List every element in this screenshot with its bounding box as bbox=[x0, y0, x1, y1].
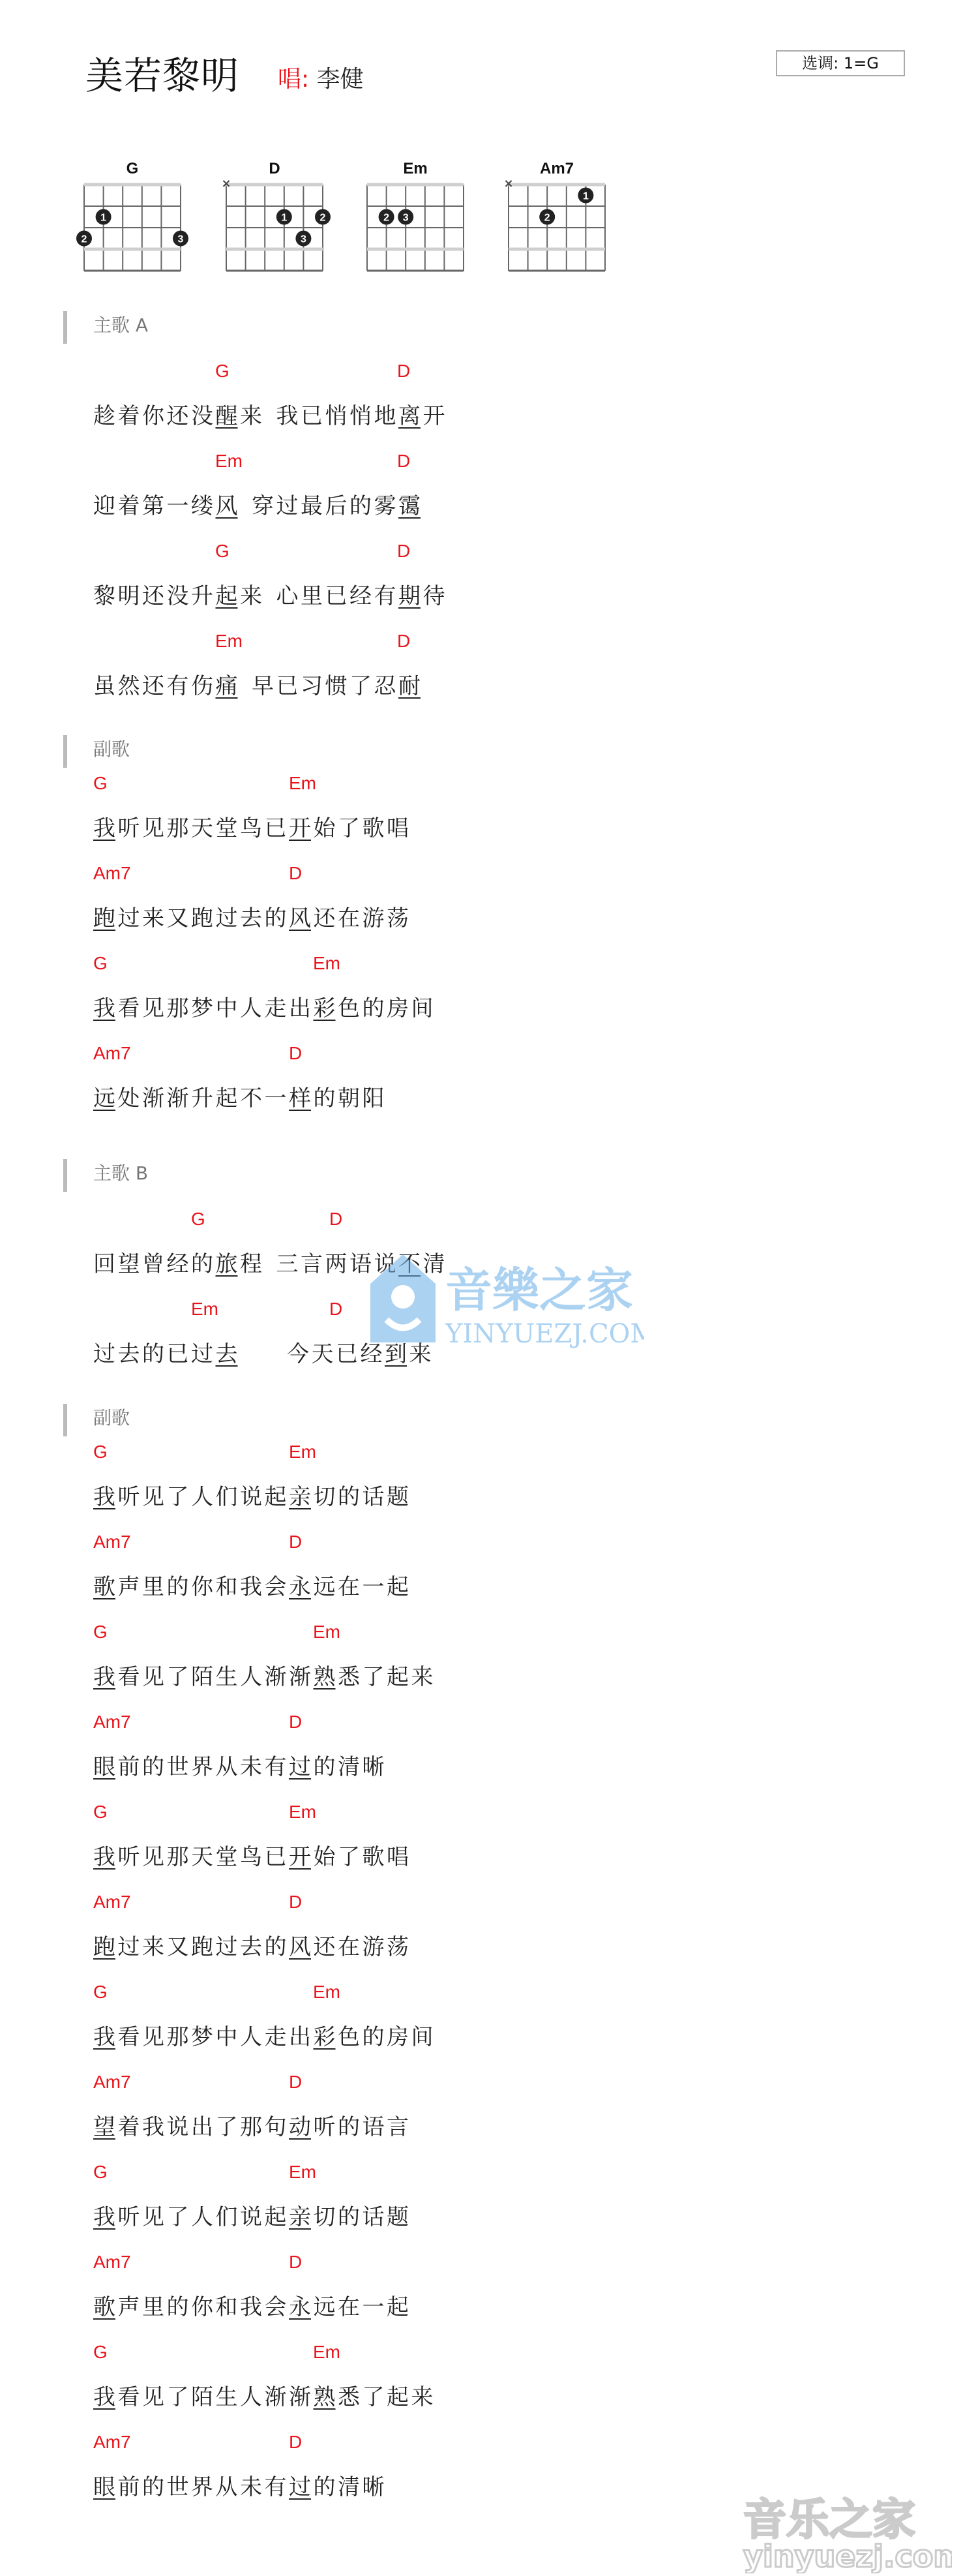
section-1: 副歌GEm我听见那天堂鸟已开始了歌唱Am7D跑过来又跑过去的风还在游荡GEm我看… bbox=[0, 735, 978, 1128]
chord-name: D bbox=[289, 1887, 302, 1918]
fretboard-grid-icon: ×123 bbox=[217, 175, 334, 283]
chord-name: G bbox=[93, 1796, 108, 1828]
chord-row: Am7D bbox=[93, 858, 876, 890]
lyric-text: 眼前的世界从未有过的清晰 bbox=[93, 2471, 387, 2504]
chord-name: Em bbox=[289, 768, 316, 799]
chord-name: G bbox=[93, 1436, 108, 1468]
chord-lyric-line: GD回望曾经的旅程 三言两语说不清 bbox=[0, 1204, 978, 1294]
chord-lyric-line: Am7D望着我说出了那句动听的语言 bbox=[0, 2067, 978, 2157]
chord-name: Am7 bbox=[93, 1887, 131, 1918]
chord-row: GEm bbox=[93, 2337, 876, 2369]
chord-name: D bbox=[289, 2427, 302, 2458]
chord-lyric-line: EmD虽然还有伤痛 早已习惯了忍耐 bbox=[0, 626, 978, 716]
chord-row: EmD bbox=[93, 626, 876, 658]
chord-name: Am7 bbox=[93, 2067, 131, 2098]
lyric-text: 我看见了陌生人渐渐熟悉了起来 bbox=[93, 2381, 436, 2414]
svg-text:2: 2 bbox=[383, 213, 389, 224]
chord-name: Am7 bbox=[93, 2247, 131, 2278]
chord-row: Am7D bbox=[93, 1887, 876, 1919]
svg-text:1: 1 bbox=[583, 191, 589, 202]
chord-row: GEm bbox=[93, 1796, 876, 1829]
lyric-text: 趁着你还没醒来 我已悄悄地离开 bbox=[93, 400, 447, 432]
chord-name: G bbox=[93, 1977, 108, 2008]
lyric-text: 迎着第一缕风 穿过最后的雾霭 bbox=[93, 490, 423, 523]
muted-string-icon: × bbox=[221, 177, 231, 190]
chord-row: EmD bbox=[93, 1294, 876, 1326]
section-header: 副歌 bbox=[0, 735, 978, 768]
lyric-text: 我听见那天堂鸟已开始了歌唱 bbox=[93, 1841, 411, 1873]
chord-name: Em bbox=[313, 948, 340, 979]
muted-string-icon: × bbox=[503, 177, 513, 190]
chord-name: G bbox=[93, 948, 108, 979]
chord-name: Em bbox=[191, 1294, 218, 1325]
corner-watermark-en: yinyuezj.com bbox=[743, 2539, 952, 2573]
svg-text:3: 3 bbox=[403, 213, 409, 224]
chord-lyric-line: GEm我看见了陌生人渐渐熟悉了起来 bbox=[0, 1616, 978, 1706]
chord-lyric-line: Am7D眼前的世界从未有过的清晰 bbox=[0, 1706, 978, 1796]
singer-info: 唱: 李健 bbox=[278, 64, 364, 95]
singer-label: 唱: bbox=[278, 66, 309, 93]
chord-name: D bbox=[397, 536, 410, 567]
chord-row: Am7D bbox=[93, 2427, 876, 2459]
section-0: 主歌 AGD趁着你还没醒来 我已悄悄地离开EmD迎着第一缕风 穿过最后的雾霭GD… bbox=[0, 311, 978, 716]
lyric-text: 我看见那梦中人走出彩色的房间 bbox=[93, 992, 436, 1025]
chord-row: Am7D bbox=[93, 1038, 876, 1070]
lyric-text: 我看见那梦中人走出彩色的房间 bbox=[93, 2021, 436, 2053]
chord-row: GEm bbox=[93, 768, 876, 800]
section-header: 主歌 A bbox=[0, 311, 978, 344]
chord-name: Am7 bbox=[93, 1706, 131, 1738]
chord-name: Am7 bbox=[93, 1526, 131, 1558]
chord-name: Am7 bbox=[93, 1038, 131, 1069]
chord-name: Em bbox=[289, 2157, 316, 2188]
chord-row: EmD bbox=[93, 446, 876, 478]
section-bar bbox=[63, 311, 67, 344]
song-title: 美若黎明 bbox=[85, 52, 239, 99]
chord-name: G bbox=[215, 536, 230, 567]
chord-row: Am7D bbox=[93, 1526, 876, 1559]
chord-row: Am7D bbox=[93, 2067, 876, 2099]
chord-name: G bbox=[93, 1616, 108, 1648]
chord-name: D bbox=[397, 356, 410, 387]
chord-lyric-line: GEm我听见了人们说起亲切的话题 bbox=[0, 1436, 978, 1526]
chord-name: D bbox=[289, 858, 302, 889]
chord-name: G bbox=[191, 1204, 205, 1235]
lyric-text: 望着我说出了那句动听的语言 bbox=[93, 2111, 411, 2144]
chord-lyric-line: GEm我听见那天堂鸟已开始了歌唱 bbox=[0, 768, 978, 858]
lyric-text: 歌声里的你和我会永远在一起 bbox=[93, 2291, 411, 2324]
chord-name: Em bbox=[215, 626, 243, 657]
chord-lyric-line: GEm我听见那天堂鸟已开始了歌唱 bbox=[0, 1796, 978, 1887]
chord-lyric-line: Am7D眼前的世界从未有过的清晰 bbox=[0, 2427, 978, 2517]
section-header: 副歌 bbox=[0, 1404, 978, 1436]
chord-name: D bbox=[397, 446, 410, 477]
section-bar bbox=[63, 1159, 67, 1192]
chord-row: GEm bbox=[93, 1977, 876, 2009]
chord-name: Em bbox=[215, 446, 243, 477]
chord-name: G bbox=[93, 768, 108, 799]
chord-name: Am7 bbox=[93, 858, 131, 889]
lyric-text: 虽然还有伤痛 早已习惯了忍耐 bbox=[93, 670, 423, 703]
lyric-text: 我听见了人们说起亲切的话题 bbox=[93, 1481, 411, 1513]
chord-name: G bbox=[93, 2337, 108, 2368]
svg-text:2: 2 bbox=[544, 213, 550, 224]
section-2: 主歌 BGD回望曾经的旅程 三言两语说不清EmD过去的已过去 今天已经到来 bbox=[0, 1159, 978, 1384]
chord-lyric-line: EmD迎着第一缕风 穿过最后的雾霭 bbox=[0, 446, 978, 536]
svg-text:3: 3 bbox=[301, 234, 306, 245]
chord-name: D bbox=[329, 1204, 342, 1235]
svg-text:2: 2 bbox=[81, 234, 87, 245]
svg-text:1: 1 bbox=[281, 213, 287, 224]
section-label: 副歌 bbox=[93, 736, 130, 763]
chord-row: GEm bbox=[93, 948, 876, 980]
section-3: 副歌GEm我听见了人们说起亲切的话题Am7D歌声里的你和我会永远在一起GEm我看… bbox=[0, 1404, 978, 2517]
lyric-text: 回望曾经的旅程 三言两语说不清 bbox=[93, 1248, 447, 1280]
lyric-text: 黎明还没升起来 心里已经有期待 bbox=[93, 580, 447, 613]
chord-row: GEm bbox=[93, 1616, 876, 1649]
section-bar bbox=[63, 735, 67, 768]
chord-lyric-line: GD趁着你还没醒来 我已悄悄地离开 bbox=[0, 356, 978, 446]
chord-name: Em bbox=[313, 2337, 340, 2368]
chord-row: GEm bbox=[93, 1436, 876, 1469]
fretboard-grid-icon: 23 bbox=[358, 175, 475, 283]
chord-name: D bbox=[289, 1038, 302, 1069]
lyric-text: 我听见那天堂鸟已开始了歌唱 bbox=[93, 812, 411, 845]
chord-name: D bbox=[289, 2247, 302, 2278]
chord-lyric-line: EmD过去的已过去 今天已经到来 bbox=[0, 1294, 978, 1384]
chord-name: Em bbox=[289, 1796, 316, 1828]
fretboard-grid-icon: ×12 bbox=[499, 175, 617, 283]
section-label: 主歌 A bbox=[93, 312, 148, 339]
key-select-button[interactable]: 选调: 1=G bbox=[776, 50, 905, 76]
lyric-text: 我看见了陌生人渐渐熟悉了起来 bbox=[93, 1661, 436, 1693]
chord-lyric-line: Am7D跑过来又跑过去的风还在游荡 bbox=[0, 1887, 978, 1977]
singer-name: 李健 bbox=[317, 66, 364, 93]
chord-lyric-line: GEm我看见了陌生人渐渐熟悉了起来 bbox=[0, 2337, 978, 2427]
chord-name: Am7 bbox=[93, 2427, 131, 2458]
chord-lyric-line: Am7D歌声里的你和我会永远在一起 bbox=[0, 2247, 978, 2337]
chord-name: Em bbox=[313, 1977, 340, 2008]
fretboard-grid-icon: 123 bbox=[75, 175, 192, 283]
svg-text:1: 1 bbox=[100, 213, 106, 224]
lyric-text: 跑过来又跑过去的风还在游荡 bbox=[93, 902, 411, 935]
chord-row: GD bbox=[93, 356, 876, 388]
section-header: 主歌 B bbox=[0, 1159, 978, 1192]
chord-row: GEm bbox=[93, 2157, 876, 2189]
chord-name: G bbox=[93, 2157, 108, 2188]
chord-row: Am7D bbox=[93, 2247, 876, 2279]
section-label: 副歌 bbox=[93, 1405, 130, 1431]
chord-lyric-line: GD黎明还没升起来 心里已经有期待 bbox=[0, 536, 978, 626]
chord-name: Em bbox=[289, 1436, 316, 1468]
chord-lyric-line: Am7D远处渐渐升起不一样的朝阳 bbox=[0, 1038, 978, 1128]
chord-name: D bbox=[289, 1706, 302, 1738]
chord-name: D bbox=[397, 626, 410, 657]
lyric-text: 远处渐渐升起不一样的朝阳 bbox=[93, 1082, 387, 1115]
chord-lyric-line: GEm我听见了人们说起亲切的话题 bbox=[0, 2157, 978, 2247]
lyric-text: 过去的已过去 今天已经到来 bbox=[93, 1338, 434, 1371]
svg-text:2: 2 bbox=[320, 213, 326, 224]
chord-lyric-line: Am7D跑过来又跑过去的风还在游荡 bbox=[0, 858, 978, 948]
lyric-text: 歌声里的你和我会永远在一起 bbox=[93, 1571, 411, 1603]
chord-lyric-line: GEm我看见那梦中人走出彩色的房间 bbox=[0, 1977, 978, 2067]
chord-row: GD bbox=[93, 1204, 876, 1236]
chord-name: G bbox=[215, 356, 230, 387]
chord-name: D bbox=[289, 2067, 302, 2098]
section-label: 主歌 B bbox=[93, 1160, 148, 1187]
chord-row: Am7D bbox=[93, 1706, 876, 1739]
chord-lyric-line: Am7D歌声里的你和我会永远在一起 bbox=[0, 1526, 978, 1616]
section-bar bbox=[63, 1404, 67, 1436]
lyric-text: 眼前的世界从未有过的清晰 bbox=[93, 1751, 387, 1783]
chord-name: D bbox=[329, 1294, 342, 1325]
chord-row: GD bbox=[93, 536, 876, 568]
lyric-text: 我听见了人们说起亲切的话题 bbox=[93, 2201, 411, 2234]
lyric-text: 跑过来又跑过去的风还在游荡 bbox=[93, 1931, 411, 1963]
chord-name: D bbox=[289, 1526, 302, 1558]
chord-lyric-line: GEm我看见那梦中人走出彩色的房间 bbox=[0, 948, 978, 1038]
chord-name: Em bbox=[313, 1616, 340, 1648]
svg-text:3: 3 bbox=[178, 234, 184, 245]
